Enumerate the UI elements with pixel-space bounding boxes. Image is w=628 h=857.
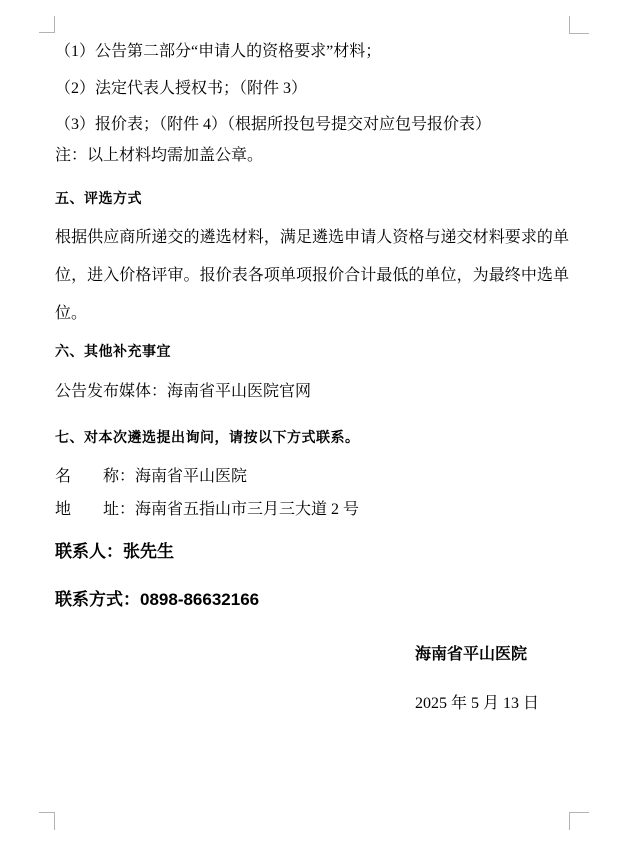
signature-date: 2025 年 5 月 13 日 <box>55 694 569 714</box>
contact-name-line: 名 称：海南省平山医院 <box>55 467 569 487</box>
text-boundary-mark-top-right <box>569 16 589 34</box>
material-item-1: （1）公告第二部分“申请人的资格要求”材料； <box>55 42 569 62</box>
contact-person-line: 联系人：张先生 <box>55 542 569 562</box>
text-boundary-mark-bottom-right <box>569 812 589 830</box>
announcement-media-line: 公告发布媒体：海南省平山医院官网 <box>55 382 569 402</box>
document-page: （1）公告第二部分“申请人的资格要求”材料； （2）法定代表人授权书；（附件 3… <box>0 0 628 857</box>
text-boundary-mark-bottom-left <box>39 812 55 830</box>
text-boundary-mark-top-left <box>39 16 55 33</box>
section-5-heading: 五、评选方式 <box>55 188 569 208</box>
contact-address-line: 地 址：海南省五指山市三月三大道 2 号 <box>55 500 569 520</box>
material-item-2: （2）法定代表人授权书；（附件 3） <box>55 79 569 99</box>
material-item-3: （3）报价表；（附件 4）（根据所投包号提交对应包号报价表） <box>55 115 569 135</box>
signature-organization: 海南省平山医院 <box>55 645 569 665</box>
section-7-heading: 七、对本次遴选提出询问，请按以下方式联系。 <box>55 427 569 447</box>
section-5-body: 根据供应商所递交的遴选材料，满足遴选申请人资格与递交材料要求的单位，进入价格评审… <box>55 219 569 333</box>
contact-method-line: 联系方式：0898-86632166 <box>55 590 569 610</box>
materials-note: 注：以上材料均需加盖公章。 <box>55 146 569 166</box>
section-6-heading: 六、其他补充事宜 <box>55 341 569 361</box>
